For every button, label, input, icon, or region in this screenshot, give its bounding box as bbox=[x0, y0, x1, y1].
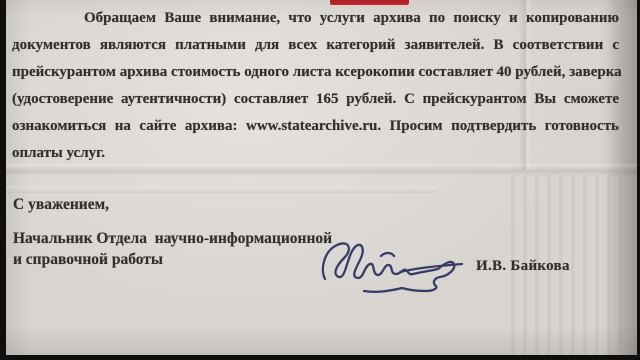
letter-body-line: (удостоверение аутентичности) составляет… bbox=[12, 86, 619, 113]
signer-title-line: и справочной работы bbox=[13, 249, 332, 270]
paper-shadow bbox=[6, 326, 637, 355]
signature-ink-icon bbox=[318, 233, 472, 301]
video-frame: Обращаем Ваше внимание, что услуги архив… bbox=[0, 0, 640, 360]
letter-body: Обращаем Ваше внимание, что услуги архив… bbox=[12, 5, 619, 167]
signer-title: Начальник Отдела научно-информационной и… bbox=[13, 228, 332, 270]
handwritten-signature bbox=[318, 233, 472, 301]
letter-body-line: оплаты услуг. bbox=[12, 140, 619, 167]
letter-body-line: прейскурантом архива стоимость одного ли… bbox=[12, 59, 619, 86]
letter-body-line: ознакомиться на сайте архива: www.statea… bbox=[12, 113, 619, 140]
photo-edge-left bbox=[0, 0, 6, 360]
closing-salutation: С уважением, bbox=[13, 195, 109, 215]
photo-edge-bottom bbox=[0, 355, 640, 360]
letter-body-line: документов являются платными для всех ка… bbox=[12, 32, 619, 59]
signer-name: И.В. Байкова bbox=[476, 258, 570, 275]
letter-body-line: Обращаем Ваше внимание, что услуги архив… bbox=[12, 5, 619, 32]
paper-crease bbox=[6, 186, 436, 193]
red-bar-fragment bbox=[330, 0, 409, 5]
signer-title-line: Начальник Отдела научно-информационной bbox=[13, 228, 332, 249]
